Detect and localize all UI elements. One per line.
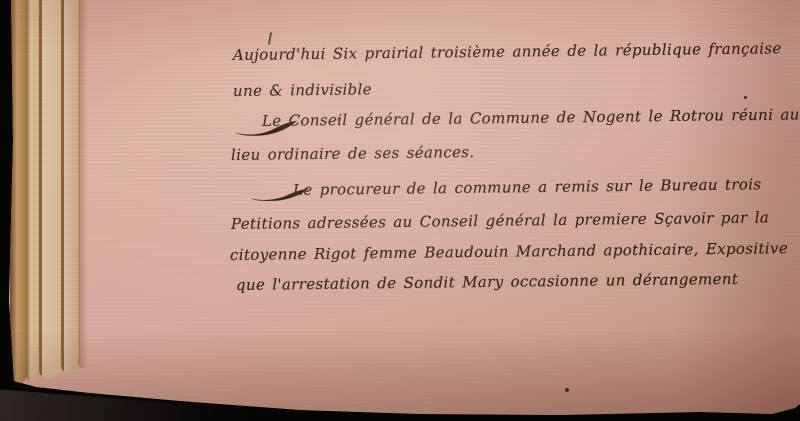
paper-speck — [565, 388, 569, 392]
page-edge-strip — [39, 0, 61, 378]
manuscript-line: une & indivisible — [233, 80, 372, 100]
manuscript-line: que l'arrestation de Sondit Mary occasio… — [236, 270, 738, 294]
paper-speck — [744, 96, 747, 99]
manuscript-line: citoyenne Rigot femme Beaudouin Marchand… — [230, 239, 788, 264]
page-edge-strip — [61, 0, 80, 373]
manuscript-line: Le Conseil général de la Commune de Noge… — [262, 105, 800, 130]
page-edge-strip — [10, 0, 26, 384]
photo-of-manuscript: Aujourd'hui Six prairial troisième année… — [0, 0, 800, 421]
page-edge-strip — [26, 0, 39, 381]
manuscript-line: Le procureur de la commune a remis sur l… — [293, 175, 762, 199]
stray-pen-mark — [268, 32, 272, 45]
manuscript-page: Aujourd'hui Six prairial troisième année… — [0, 0, 800, 421]
manuscript-line: Petitions adressées au Conseil général l… — [231, 208, 769, 233]
page-edge-shadow — [80, 0, 88, 368]
manuscript-line: Aujourd'hui Six prairial troisième année… — [233, 39, 782, 64]
manuscript-line: lieu ordinaire de ses séances. — [231, 143, 475, 164]
